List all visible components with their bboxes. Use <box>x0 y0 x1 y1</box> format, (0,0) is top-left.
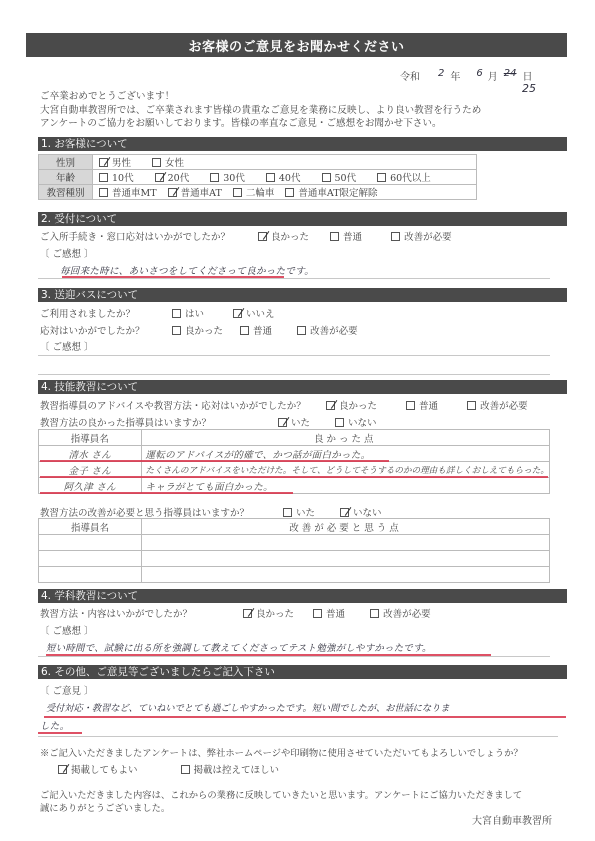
date-day-corrected: 25 <box>522 82 536 95</box>
age-40s-option[interactable]: 40代 <box>266 170 301 184</box>
age-label: 年齢 <box>39 170 93 185</box>
reception-comment-line <box>38 278 550 279</box>
section-1-header: 1. お客様について <box>38 137 567 151</box>
good-instructor-options: いた いない <box>278 415 395 429</box>
section-6-header: 6. その他、ご意見等ございましたらご記入下さい <box>38 665 567 679</box>
course-type-row: 教習種別 普通車MT 普通車AT 二輪車 普通車AT限定解除 <box>39 185 477 200</box>
age-30s-option[interactable]: 30代 <box>210 170 245 184</box>
improve-instructor-options: いた いない <box>283 505 400 519</box>
other-comment-label: 〔 ご意見 〕 <box>40 683 94 697</box>
date-year: 2 <box>438 68 444 83</box>
intro-line-1: ご卒業おめでとうございます！ <box>40 90 481 104</box>
classroom-normal-option[interactable]: 普通 <box>313 606 345 620</box>
checkbox-icon[interactable] <box>172 326 181 335</box>
classroom-comment-line <box>38 656 550 657</box>
survey-title-bar: お客様のご意見をお聞かせください <box>26 33 567 57</box>
intro-line-2: 大宮自動車教習所では、ご卒業されます皆様の貴重なご意見を業務に反映し、より良い教… <box>40 104 481 118</box>
checkbox-icon[interactable] <box>99 173 108 182</box>
organization-name: 大宮自動車教習所 <box>472 815 552 828</box>
gender-female-option[interactable]: 女性 <box>152 155 184 169</box>
checkbox-icon[interactable] <box>330 232 339 241</box>
reception-comment-label: 〔 ご感想 〕 <box>40 246 94 260</box>
checkbox-icon[interactable] <box>391 232 400 241</box>
age-60plus-option[interactable]: 60代以上 <box>377 170 431 184</box>
gender-label: 性別 <box>39 155 93 170</box>
improve-point[interactable] <box>142 535 550 551</box>
intro-text: ご卒業おめでとうございます！ 大宮自動車教習所では、ご卒業されます皆様の貴重なご… <box>40 90 481 131</box>
checkbox-icon[interactable] <box>233 188 242 197</box>
improve-instructor-question: 教習方法の改善が必要と思う指導員はいますか？ <box>40 505 249 519</box>
checkbox-checked-icon[interactable] <box>58 765 67 774</box>
bus-service-normal-option[interactable]: 普通 <box>240 323 272 337</box>
bus-service-good-option[interactable]: 良かった <box>172 323 223 337</box>
instructor-name-header: 指導員名 <box>39 430 142 446</box>
table-row <box>39 567 550 583</box>
gender-male-option[interactable]: 男性 <box>99 155 131 169</box>
date-era: 令和 <box>400 68 420 83</box>
practical-question: 教習指導員のアドバイスや教習方法・応対はいかがでしたか？ <box>40 398 306 412</box>
reception-options: 良かった 普通 改善が必要 <box>258 229 470 243</box>
other-comment-underline-2 <box>38 732 82 734</box>
bus-usage-no-option[interactable]: いいえ <box>233 306 275 320</box>
practical-normal-option[interactable]: 普通 <box>406 398 438 412</box>
consent-question: ※ご記入いただきましたアンケートは、弊社ホームページや印刷物に使用させていただい… <box>40 747 523 760</box>
consent-options: 掲載してもよい 掲載は控えてほしい <box>58 762 297 776</box>
checkbox-icon[interactable] <box>152 158 161 167</box>
good-instructor-yes-option[interactable]: いた <box>278 415 310 429</box>
checkbox-icon[interactable] <box>406 401 415 410</box>
course-motorcycle-option[interactable]: 二輪車 <box>233 185 275 199</box>
instructor-name-header: 指導員名 <box>39 519 142 535</box>
bus-comment-line-1 <box>38 355 550 356</box>
closing-line-1: ご記入いただきました内容は、これからの業務に反映していきたいと思います。アンケー… <box>40 789 522 802</box>
checkbox-icon[interactable] <box>335 418 344 427</box>
improve-point[interactable] <box>142 551 550 567</box>
bus-usage-question: ご利用されましたか？ <box>40 306 135 320</box>
closing-line-2: 誠にありがとうございました。 <box>40 802 522 815</box>
checkbox-checked-icon[interactable] <box>326 401 335 410</box>
instructor-name[interactable] <box>39 535 142 551</box>
section-2-header: 2. 受付について <box>38 212 567 226</box>
course-at-release-option[interactable]: 普通車AT限定解除 <box>285 185 377 199</box>
course-at-option[interactable]: 普通車AT <box>168 185 222 199</box>
course-type-label: 教習種別 <box>39 185 93 200</box>
date-day-unit: 日 <box>522 68 532 83</box>
classroom-question: 教習方法・内容はいかがでしたか？ <box>40 606 192 620</box>
checkbox-icon[interactable] <box>283 508 292 517</box>
checkbox-checked-icon[interactable] <box>340 508 349 517</box>
improve-point[interactable] <box>142 567 550 583</box>
bus-service-options: 良かった 普通 改善が必要 <box>172 323 376 337</box>
table-row <box>39 535 550 551</box>
instructor-name[interactable] <box>39 567 142 583</box>
improve-instructor-no-option[interactable]: いない <box>340 505 382 519</box>
reception-normal-option[interactable]: 普通 <box>330 229 362 243</box>
checkbox-checked-icon[interactable] <box>233 309 242 318</box>
other-comment-line-1[interactable]: 受付対応・教習など、ていねいでとても過ごしやすかったです。短い間でしたが、お世話… <box>46 700 450 714</box>
checkbox-checked-icon[interactable] <box>258 232 267 241</box>
checkbox-icon[interactable] <box>99 188 108 197</box>
customer-info-table: 性別 男性 女性 年齢 10代 20代 30代 40代 50代 60代以上 教習… <box>38 154 477 200</box>
checkbox-icon[interactable] <box>172 309 181 318</box>
consent-allow-option[interactable]: 掲載してもよい <box>58 762 138 776</box>
reception-comment-text[interactable]: 毎回来た時に、あいさつをしてくださって良かったです。 <box>60 263 314 277</box>
bus-service-improve-option[interactable]: 改善が必要 <box>297 323 358 337</box>
other-comment-underline-1 <box>44 716 566 718</box>
improve-instructor-yes-option[interactable]: いた <box>283 505 315 519</box>
date-day-struck: 24 <box>504 68 517 83</box>
checkbox-icon[interactable] <box>313 609 322 618</box>
section-5-header: 4. 学科教習について <box>38 589 567 603</box>
improve-instructor-table: 指導員名 改善が必要と思う点 <box>38 518 550 583</box>
survey-title: お客様のご意見をお聞かせください <box>188 36 404 55</box>
checkbox-icon[interactable] <box>181 765 190 774</box>
practical-good-option[interactable]: 良かった <box>326 398 377 412</box>
table-header-row: 指導員名 改善が必要と思う点 <box>39 519 550 535</box>
date-month: 6 <box>476 68 482 83</box>
age-50s-option[interactable]: 50代 <box>322 170 357 184</box>
classroom-comment-text[interactable]: 短い時間で、試験に出る所を強調して教えてくださってテスト勉強がしやすかったです。 <box>46 640 432 654</box>
gender-row: 性別 男性 女性 <box>39 155 477 170</box>
good-instructor-no-option[interactable]: いない <box>335 415 377 429</box>
checkbox-icon[interactable] <box>210 173 219 182</box>
closing-text: ご記入いただきました内容は、これからの業務に反映していきたいと思います。アンケー… <box>40 789 522 815</box>
instructor-name[interactable] <box>39 551 142 567</box>
row-1-underline <box>40 460 389 462</box>
date-year-unit: 年 <box>450 68 460 83</box>
checkbox-checked-icon[interactable] <box>168 188 177 197</box>
bus-usage-yes-option[interactable]: はい <box>172 306 204 320</box>
checkbox-icon[interactable] <box>266 173 275 182</box>
date-field: 令和 2 年 6 月 24 日 <box>400 68 532 83</box>
bus-service-question: 応対はいかがでしたか？ <box>40 323 145 337</box>
course-mt-option[interactable]: 普通車MT <box>99 185 157 199</box>
bus-comment-label: 〔 ご感想 〕 <box>40 339 94 353</box>
date-month-unit: 月 <box>488 68 498 83</box>
intro-line-3: アンケートのご協力をお願いしております。皆様の率直なご意見・ご感想をお聞かせ下さ… <box>40 117 481 131</box>
checkbox-icon[interactable] <box>370 609 379 618</box>
checkbox-icon[interactable] <box>322 173 331 182</box>
age-10s-option[interactable]: 10代 <box>99 170 134 184</box>
row-3-underline <box>40 492 293 494</box>
checkbox-icon[interactable] <box>377 173 386 182</box>
checkbox-icon[interactable] <box>240 326 249 335</box>
other-comment-line-2[interactable]: した。 <box>40 718 69 732</box>
reception-improve-option[interactable]: 改善が必要 <box>391 229 452 243</box>
reception-good-option[interactable]: 良かった <box>258 229 309 243</box>
classroom-improve-option[interactable]: 改善が必要 <box>370 606 431 620</box>
other-comment-line <box>38 736 558 737</box>
reception-question: ご入所手続き・窓口応対はいかがでしたか？ <box>40 229 230 243</box>
age-row: 年齢 10代 20代 30代 40代 50代 60代以上 <box>39 170 477 185</box>
bus-comment-line-2 <box>38 374 550 375</box>
practical-options: 良かった 普通 改善が必要 <box>326 398 546 412</box>
classroom-comment-label: 〔 ご感想 〕 <box>40 623 94 637</box>
age-20s-option[interactable]: 20代 <box>155 170 190 184</box>
consent-decline-option[interactable]: 掲載は控えてほしい <box>181 762 280 776</box>
section-3-header: 3. 送迎バスについて <box>38 288 567 302</box>
checkbox-checked-icon[interactable] <box>99 158 108 167</box>
checkbox-checked-icon[interactable] <box>155 173 164 182</box>
section-4-header: 4. 技能教習について <box>38 380 567 394</box>
classroom-options: 良かった 普通 改善が必要 <box>243 606 449 620</box>
checkbox-icon[interactable] <box>467 401 476 410</box>
checkbox-icon[interactable] <box>285 188 294 197</box>
classroom-good-option[interactable]: 良かった <box>243 606 294 620</box>
table-row <box>39 551 550 567</box>
improve-points-header: 改善が必要と思う点 <box>142 519 550 535</box>
good-points-header: 良かった点 <box>141 430 549 446</box>
checkbox-icon[interactable] <box>297 326 306 335</box>
bus-usage-options: はい いいえ <box>172 306 293 320</box>
practical-improve-option[interactable]: 改善が必要 <box>467 398 528 412</box>
row-2-underline <box>40 476 548 478</box>
good-instructor-question: 教習方法の良かった指導員はいますか？ <box>40 415 211 429</box>
checkbox-checked-icon[interactable] <box>243 609 252 618</box>
table-header-row: 指導員名 良かった点 <box>39 430 550 446</box>
checkbox-checked-icon[interactable] <box>278 418 287 427</box>
